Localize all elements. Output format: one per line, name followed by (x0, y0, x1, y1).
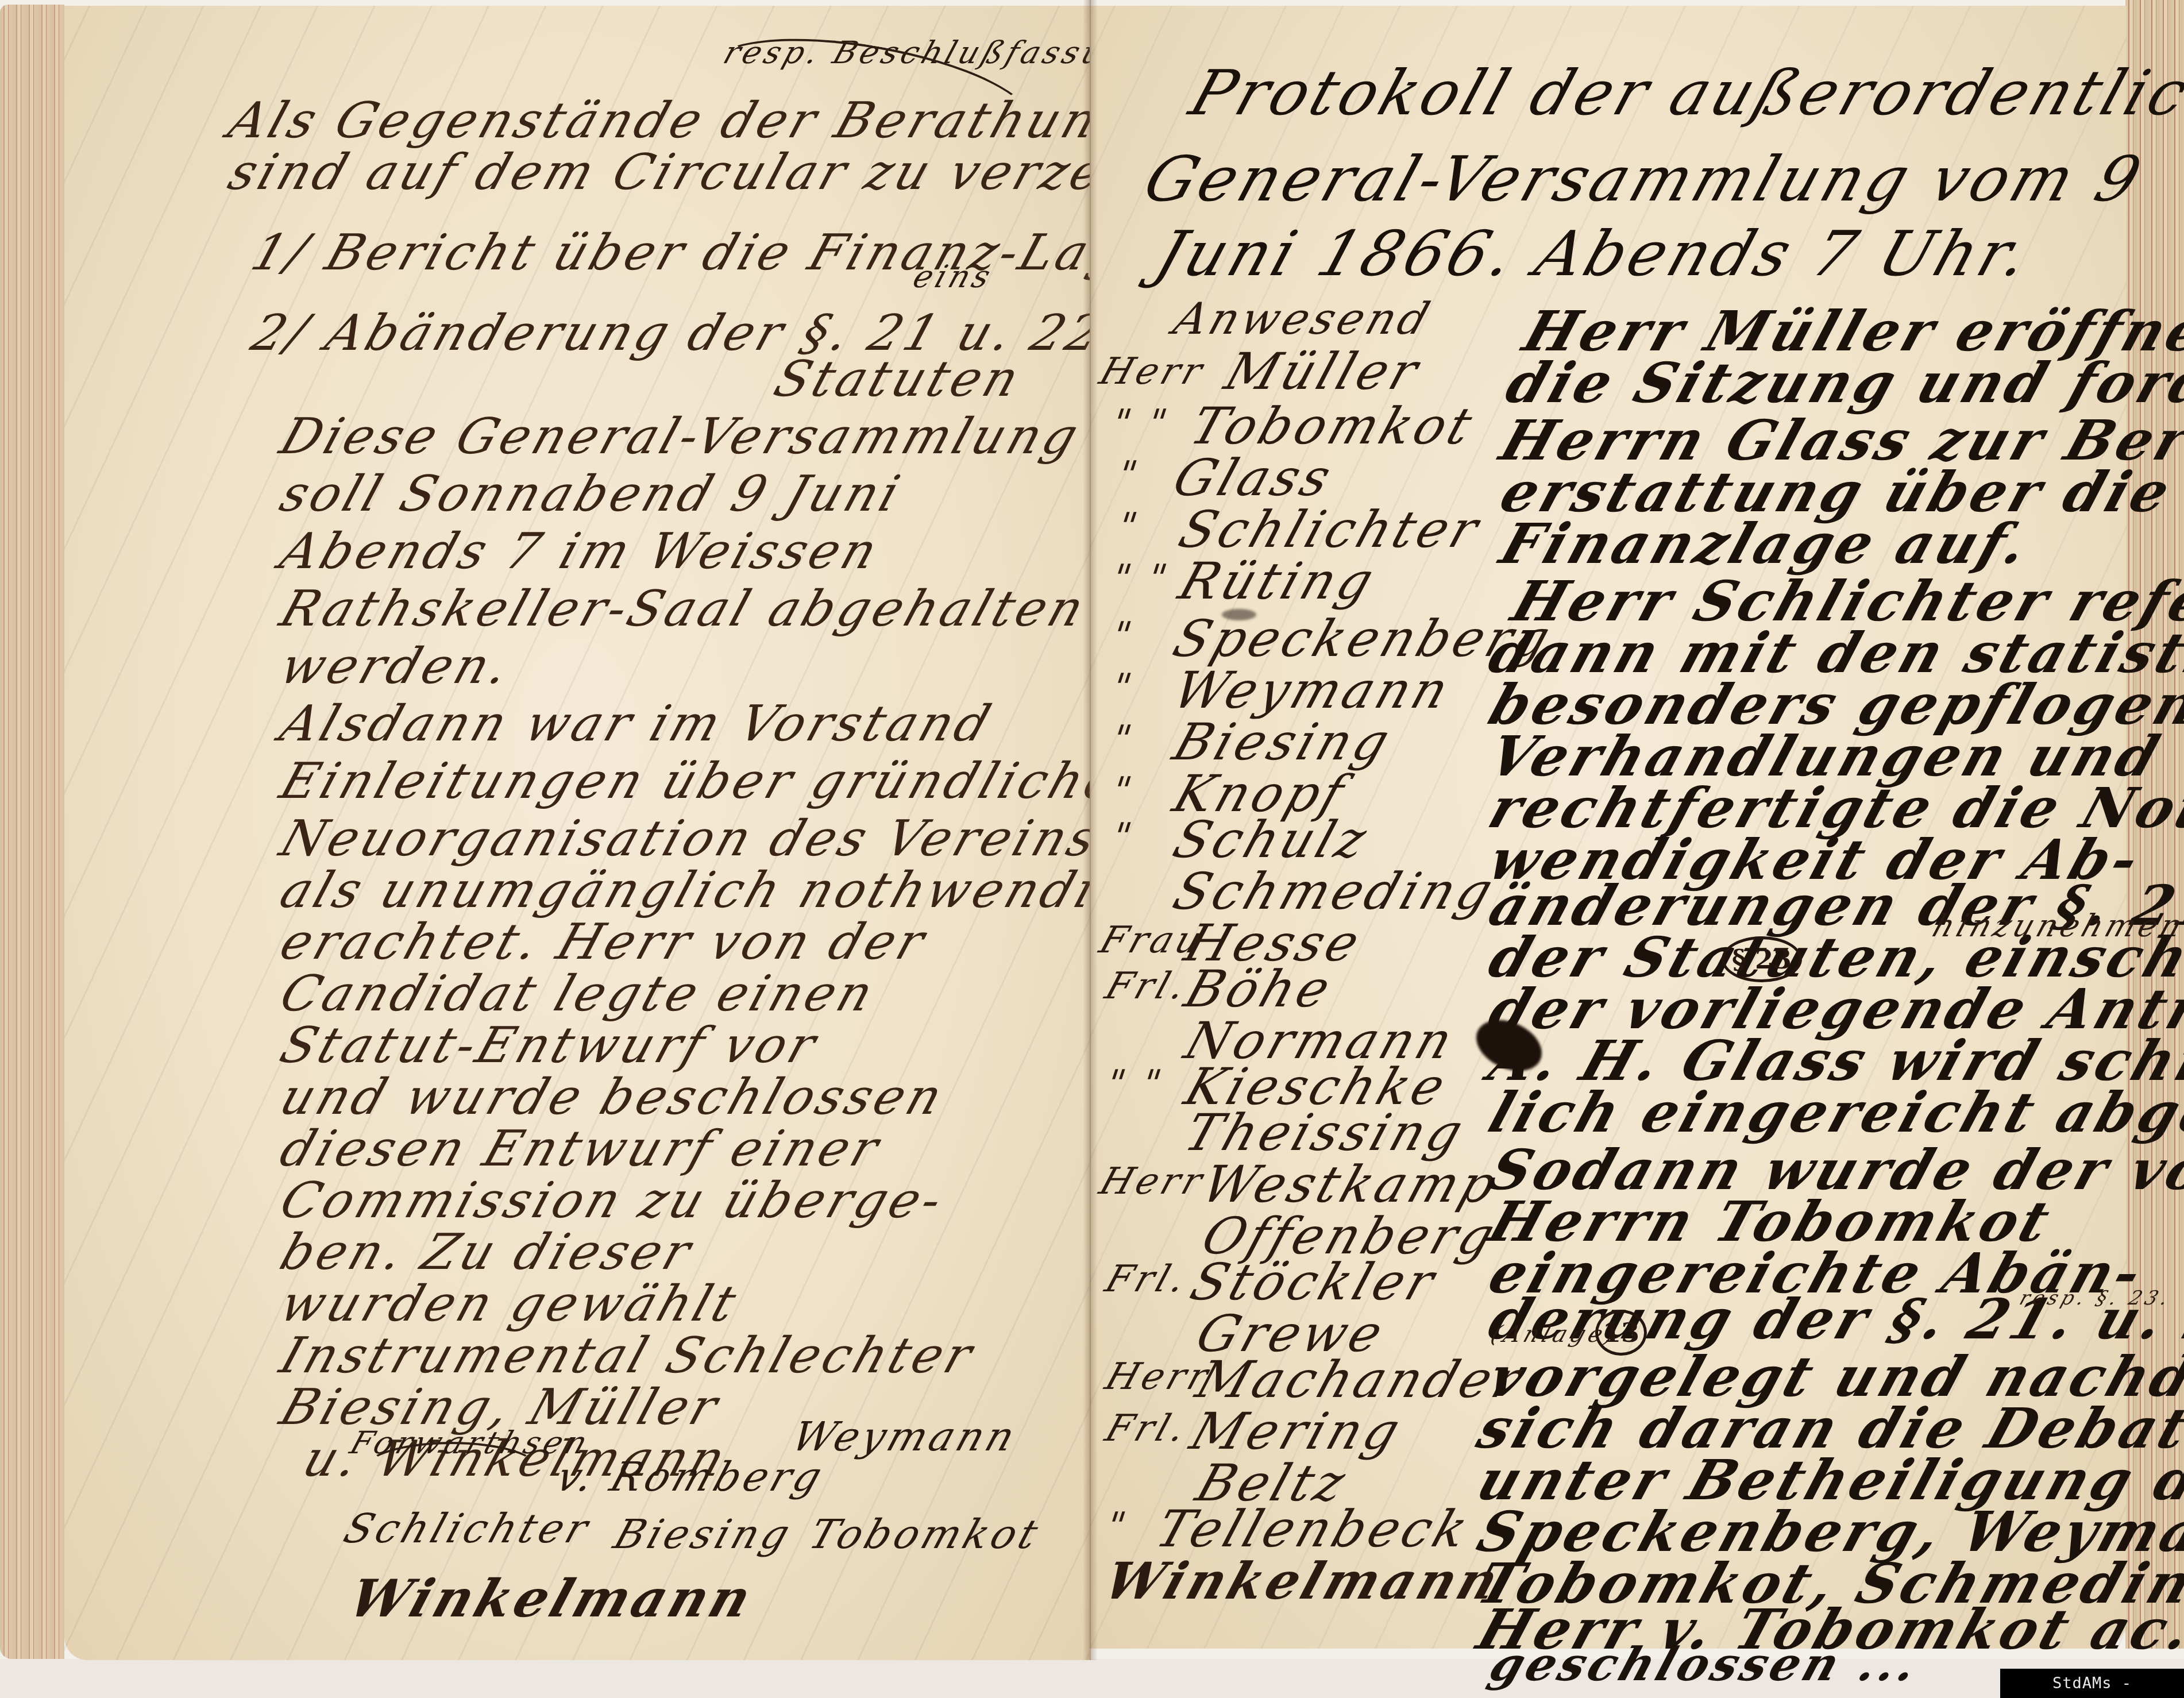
attendee-name: Theissing (1178, 1103, 1473, 1162)
left-line-14: Neuorganisation des Vereins (273, 810, 1108, 867)
attendee-name: Glass (1166, 448, 1341, 507)
left-page-edges (0, 5, 64, 1659)
left-line-13: Einleitungen über gründliche (273, 752, 1128, 810)
signature-flourish (363, 1442, 540, 1498)
attendee-name: Tellenbeck (1149, 1499, 1478, 1558)
left-line-4: eins (909, 258, 998, 295)
body-line: die Sitzung und forderte (1499, 350, 2184, 415)
attendee-prefix: Frl. (1100, 1407, 1194, 1450)
signature-7: Winkelmann (342, 1568, 762, 1629)
left-line-22: ben. Zu dieser (273, 1224, 701, 1281)
attendee-name: Westkamp (1195, 1155, 1507, 1214)
left-line-12: Alsdann war im Vorstand (273, 695, 1001, 752)
signature-5: Biesing (608, 1511, 799, 1558)
attendee-name: Schlichter (1172, 500, 1488, 559)
attendee-name: Machander (1189, 1350, 1531, 1409)
heading-line-1: Protokoll der außerordentlichen (1182, 57, 2184, 129)
left-line-15: als unumgänglich nothwendig (273, 862, 1141, 919)
attendee-name: Winkelmann (1097, 1551, 1509, 1611)
left-line-24: Instrumental Schlechter (273, 1327, 983, 1384)
attendee-name: Mering (1183, 1402, 1410, 1461)
ink-smudge (1222, 609, 1256, 620)
attendee-name: Biesing (1166, 712, 1400, 771)
signature-2: v. Romberg (551, 1453, 831, 1500)
right-page: Protokoll der außerordentlichen General-… (1090, 6, 2127, 1649)
left-line-17: Candidat legte einen (273, 965, 883, 1022)
attendance-label: Anwesend (1168, 293, 1439, 344)
left-line-18: Statut-Entwurf vor (273, 1017, 826, 1074)
left-line-23: wurden gewählt (273, 1275, 747, 1333)
left-line-7: Diese General-Versammlung (273, 408, 1089, 465)
attendee-prefix: Frl. (1100, 1258, 1194, 1300)
attendee-name: Schulz (1166, 810, 1377, 869)
left-line-16: erachtet. Herr von der (273, 913, 935, 971)
heading-line-3: Juni 1866. Abends 7 Uhr. (1147, 218, 2042, 290)
attendee-name: Rüting (1172, 551, 1384, 611)
insertion-note: resp. §. 23. (2017, 1287, 2175, 1310)
left-line-8: soll Sonnabend 9 Juni (273, 465, 910, 523)
book-gutter (1083, 0, 1098, 1660)
attendee-prefix: Herr (1094, 1160, 1211, 1203)
attendee-name: Schmeding (1166, 862, 1503, 921)
left-line-10: Rathskeller-Saal abgehalten (273, 580, 1094, 638)
attendee-name: Böhe (1178, 959, 1341, 1018)
signature-6: Tobomkot (804, 1511, 1047, 1558)
signature-3: Weymann (786, 1413, 1024, 1460)
body-line: geschlossen ... (1483, 1637, 1928, 1691)
left-line-1: Als Gegenstände der Berathung (222, 92, 1143, 149)
open-book-scan: resp. Beschlußfassung Als Gegenstände de… (0, 0, 2184, 1698)
body-line: lich eingereicht abgelehnt. (1481, 1080, 2184, 1145)
attendee-prefix: Herr (1094, 350, 1211, 393)
left-line-21: Commission zu überge- (273, 1172, 952, 1229)
left-line-11: werden. (273, 638, 520, 695)
left-line-6: Statuten (767, 350, 1029, 408)
left-line-19: und wurde beschlossen (273, 1068, 953, 1126)
attendee-name: Weymann (1166, 661, 1459, 720)
circled-section-marker: § 23 (1722, 936, 1802, 982)
archive-label: StdAMs - MV_002a_053 (2000, 1669, 2184, 1698)
left-line-9: Abends 7 im Weissen (273, 523, 888, 580)
attendee-name: Müller (1218, 342, 1429, 401)
attendee-prefix: Frl. (1100, 965, 1194, 1008)
signature-4: Schlichter (338, 1505, 597, 1552)
attendee-name: Tobomkot (1183, 396, 1483, 456)
left-line-20: diesen Entwurf einer (273, 1120, 889, 1178)
body-line: Finanzlage auf. (1493, 511, 2039, 576)
left-page: resp. Beschlußfassung Als Gegenstände de… (64, 6, 1090, 1660)
left-line-5: 2/ Abänderung der §. 21 u. 22 der (245, 304, 1226, 362)
heading-line-2: General-Versammlung vom 9 (1136, 144, 2152, 215)
attendee-name: Stöckler (1183, 1252, 1445, 1311)
